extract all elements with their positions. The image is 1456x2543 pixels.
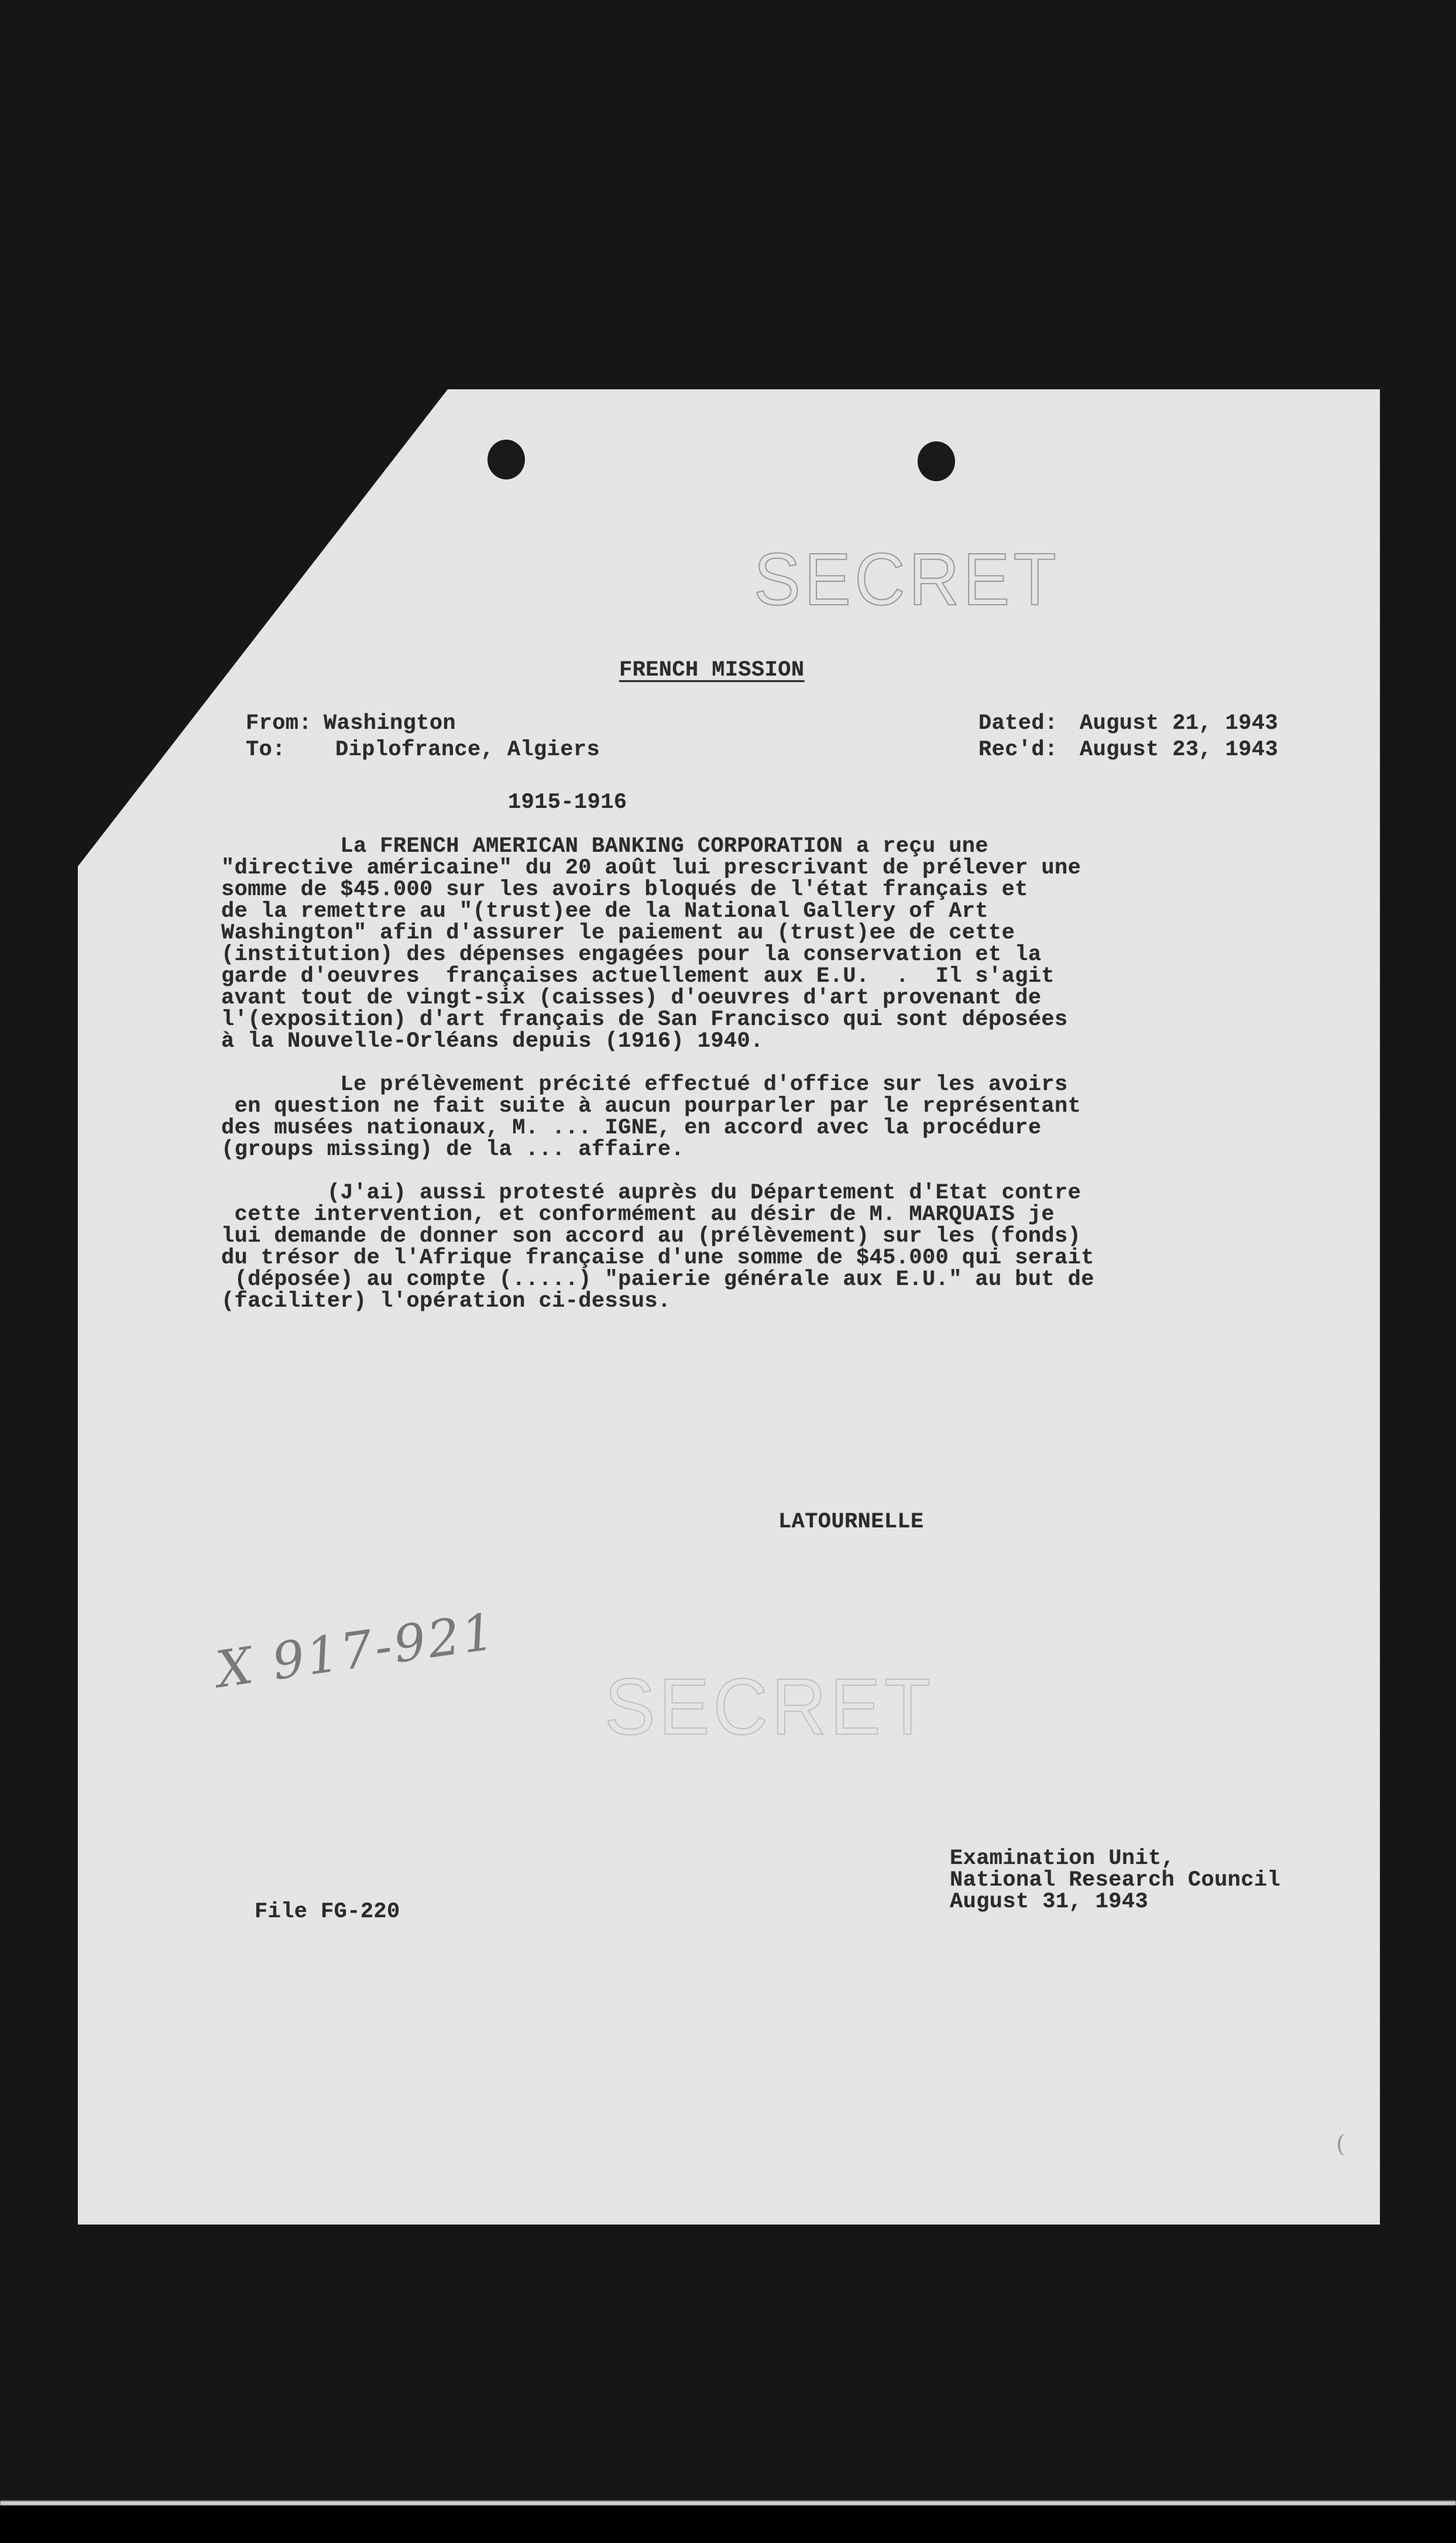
text-line: l'(exposition) d'art français de San Fra… bbox=[221, 1009, 1068, 1031]
recd-value: August 23, 1943 bbox=[1080, 739, 1278, 761]
recd-label: Rec'd: bbox=[978, 739, 1058, 761]
reference-number: 1915-1916 bbox=[508, 792, 627, 814]
text-line: cette intervention, et conformément au d… bbox=[221, 1204, 1055, 1226]
dated-value: August 21, 1943 bbox=[1080, 713, 1278, 735]
secret-stamp: SECRET bbox=[754, 543, 1060, 616]
unit-line: August 31, 1943 bbox=[950, 1891, 1148, 1913]
punch-hole-icon bbox=[487, 440, 525, 479]
to-value: Diplofrance, Algiers bbox=[335, 739, 600, 761]
text-line: de la remettre au "(trust)ee de la Natio… bbox=[221, 901, 988, 923]
text-line: Washington" afin d'assurer le paiement a… bbox=[221, 923, 1015, 944]
text-line: (déposée) au compte (.....) "paierie gén… bbox=[221, 1269, 1094, 1291]
pencil-mark: ( bbox=[1336, 2131, 1345, 2158]
dated-label: Dated: bbox=[978, 713, 1058, 735]
text-line: en question ne fait suite à aucun pourpa… bbox=[221, 1096, 1081, 1118]
document-page: SECRET FRENCH MISSION From: Washington T… bbox=[78, 389, 1380, 2225]
text-line: (institution) des dépenses engagées pour… bbox=[221, 944, 1041, 966]
from-value: Washington bbox=[324, 713, 456, 735]
text-line: (groups missing) de la ... affaire. bbox=[221, 1139, 684, 1161]
text-line: avant tout de vingt-six (caisses) d'oeuv… bbox=[221, 988, 1041, 1009]
punch-hole-icon bbox=[918, 441, 955, 481]
text-line: lui demande de donner son accord au (pré… bbox=[221, 1226, 1081, 1247]
film-border bbox=[0, 2506, 1456, 2543]
unit-line: Examination Unit, bbox=[950, 1848, 1175, 1870]
text-line: du trésor de l'Afrique française d'une s… bbox=[221, 1247, 1094, 1269]
text-line: somme de $45.000 sur les avoirs bloqués … bbox=[221, 879, 1028, 901]
secret-stamp-bleedthrough: SECRET bbox=[605, 1670, 934, 1743]
from-label: From: bbox=[246, 713, 312, 735]
unit-line: National Research Council bbox=[950, 1870, 1280, 1891]
text-line: garde d'oeuvres françaises actuellement … bbox=[221, 966, 1055, 988]
to-label: To: bbox=[246, 739, 286, 761]
text-line: à la Nouvelle-Orléans depuis (1916) 1940… bbox=[221, 1031, 764, 1053]
text-line: (J'ai) aussi protesté auprès du Départem… bbox=[221, 1183, 1081, 1204]
document-title: FRENCH MISSION bbox=[619, 660, 804, 681]
text-line: Le prélèvement précité effectué d'office… bbox=[221, 1074, 1068, 1096]
film-edge bbox=[0, 2501, 1456, 2506]
text-line: des musées nationaux, M. ... IGNE, en ac… bbox=[221, 1118, 1041, 1139]
signature: LATOURNELLE bbox=[778, 1512, 924, 1533]
text-line: (faciliter) l'opération ci-dessus. bbox=[221, 1291, 671, 1312]
file-reference: File FG-220 bbox=[255, 1901, 400, 1923]
handwritten-note: X 917-921 bbox=[212, 1602, 500, 1699]
text-line: La FRENCH AMERICAN BANKING CORPORATION a… bbox=[221, 836, 988, 858]
text-line: "directive américaine" du 20 août lui pr… bbox=[221, 858, 1081, 879]
